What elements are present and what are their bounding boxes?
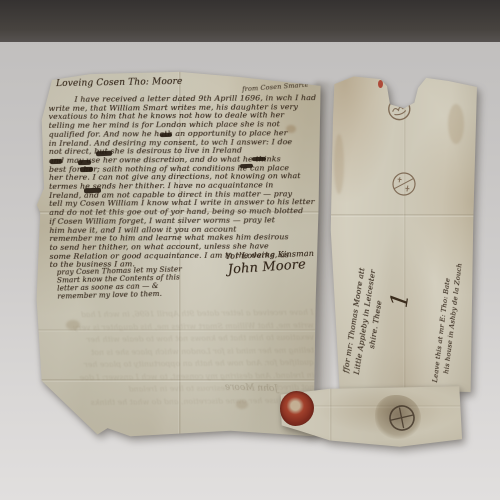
bishop-postmark-icon [384,97,417,127]
ink-redaction [84,188,101,194]
address-leaf-paper: ffor mr: Thomas Moore att Little Appleby… [330,74,478,392]
postal-address: ffor mr: Thomas Moore att Little Appleby… [340,242,393,378]
stain-spot [286,125,296,133]
address-leaf: ffor mr: Thomas Moore att Little Appleby… [330,74,478,392]
letter-body: I have received a letter dated 9th April… [48,94,315,270]
postscript-line: remember my love to them. [57,290,182,301]
letter-salutation: Loveing Cosen Tho: Moore [56,77,183,89]
letter-postscript: pray Cosen Thomas let my Sister Smart kn… [57,265,183,301]
vertical-fold-crease [329,385,332,448]
bishop-postmark-crossed-icon [388,168,420,200]
ink-redaction [50,159,62,164]
ink-redaction [78,160,91,165]
photo-backdrop-dark-band [0,0,500,42]
letter-annotation: from Cosen Smarte [242,81,309,94]
stain-spot [236,400,248,409]
postal-rate-mark: 1 [385,290,415,309]
stain-spot [66,320,80,330]
wax-remnant [416,77,420,84]
ink-redaction [160,133,172,137]
wax-remnant [378,80,383,88]
delivery-docket: Leave this at mr E: Tho: Bate his house … [431,243,467,384]
wax-remnant [390,92,394,97]
ink-redaction [252,157,266,161]
ink-redaction [80,167,93,172]
letter-closing: Yor Loveing Kinsman John Moore [186,251,314,276]
ink-redaction [96,151,112,157]
ghost-line: and may use her owne discretion, and do … [44,394,314,409]
photo: Loveing Cosen Tho: Moore from Cosen Smar… [0,0,500,500]
stain-spot [334,134,344,194]
stain-spot [448,104,464,144]
ink-redaction [240,164,253,168]
